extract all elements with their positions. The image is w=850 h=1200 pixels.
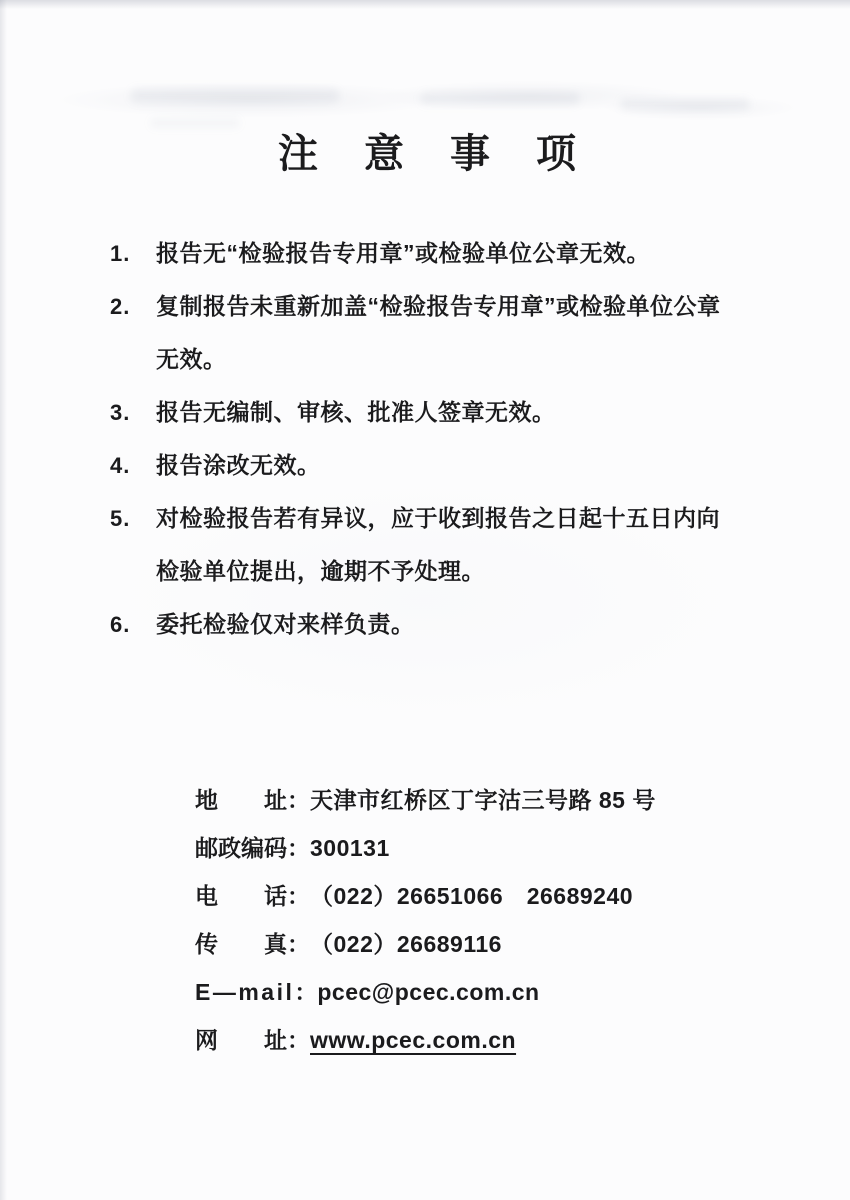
item-number: 4. [110, 439, 156, 492]
contact-label: 电 话 [195, 872, 287, 920]
contact-label: 传 真 [195, 920, 287, 968]
contact-label: 邮政编码 [195, 824, 287, 872]
contact-row-website: 网 址：www.pcec.com.cn [195, 1016, 656, 1064]
contact-row-fax: 传 真：（022）26689116 [195, 920, 656, 968]
item-number: 3. [110, 386, 156, 439]
notice-item-4: 4. 报告涂改无效。 [110, 439, 740, 492]
contact-row-phone: 电 话：（022）26651066 26689240 [195, 872, 656, 920]
notice-item-5: 5. 对检验报告若有异议，应于收到报告之日起十五日内向检验单位提出，逾期不予处理… [110, 492, 740, 598]
item-number: 2. [110, 280, 156, 333]
fax-value: （022）26689116 [310, 931, 502, 957]
contact-label: 网 址 [195, 1016, 287, 1064]
phone-value: （022）26651066 26689240 [310, 883, 633, 909]
notice-item-1: 1. 报告无“检验报告专用章”或检验单位公章无效。 [110, 227, 740, 280]
contact-label: 地 址 [195, 776, 287, 824]
scan-edge-shadow-top [0, 0, 850, 9]
item-text: 复制报告未重新加盖“检验报告专用章”或检验单位公章无效。 [156, 280, 730, 386]
contact-label: E—mail [195, 968, 294, 1016]
item-number: 5. [110, 492, 156, 545]
notice-list: 1. 报告无“检验报告专用章”或检验单位公章无效。 2. 复制报告未重新加盖“检… [110, 227, 740, 651]
contact-row-postcode: 邮政编码：300131 [195, 824, 656, 872]
contact-row-address: 地 址：天津市红桥区丁字沽三号路 85 号 [195, 776, 656, 824]
page-title: 注意事项 [25, 122, 850, 179]
address-value: 天津市红桥区丁字沽三号路 85 号 [310, 787, 656, 813]
contact-separator: ： [287, 1016, 310, 1064]
bleed-through-artifact [620, 98, 750, 110]
postcode-value: 300131 [310, 835, 390, 861]
contact-row-email: E—mail：pcec@pcec.com.cn [195, 968, 656, 1016]
contact-separator: ： [287, 776, 310, 824]
item-text: 委托检验仅对来样负责。 [156, 598, 730, 651]
scan-edge-shadow-left [0, 0, 7, 1200]
bleed-through-artifact [420, 92, 580, 105]
contact-separator: ： [287, 920, 310, 968]
item-text: 对检验报告若有异议，应于收到报告之日起十五日内向检验单位提出，逾期不予处理。 [156, 492, 730, 598]
item-number: 6. [110, 598, 156, 651]
scanned-notice-page: 注意事项 1. 报告无“检验报告专用章”或检验单位公章无效。 2. 复制报告未重… [0, 0, 850, 1200]
item-number: 1. [110, 227, 156, 280]
notice-item-2: 2. 复制报告未重新加盖“检验报告专用章”或检验单位公章无效。 [110, 280, 740, 386]
contact-separator: ： [287, 872, 310, 920]
notice-item-3: 3. 报告无编制、审核、批准人签章无效。 [110, 386, 740, 439]
bleed-through-artifact [130, 88, 340, 103]
contact-separator: ： [287, 824, 310, 872]
contact-separator: ： [294, 968, 317, 1016]
notice-item-6: 6. 委托检验仅对来样负责。 [110, 598, 740, 651]
contact-block: 地 址：天津市红桥区丁字沽三号路 85 号 邮政编码：300131 电 话：（0… [195, 776, 656, 1064]
item-text: 报告无“检验报告专用章”或检验单位公章无效。 [156, 227, 730, 280]
email-value: pcec@pcec.com.cn [317, 979, 539, 1005]
item-text: 报告无编制、审核、批准人签章无效。 [156, 386, 730, 439]
website-value: www.pcec.com.cn [310, 1027, 516, 1053]
item-text: 报告涂改无效。 [156, 439, 730, 492]
